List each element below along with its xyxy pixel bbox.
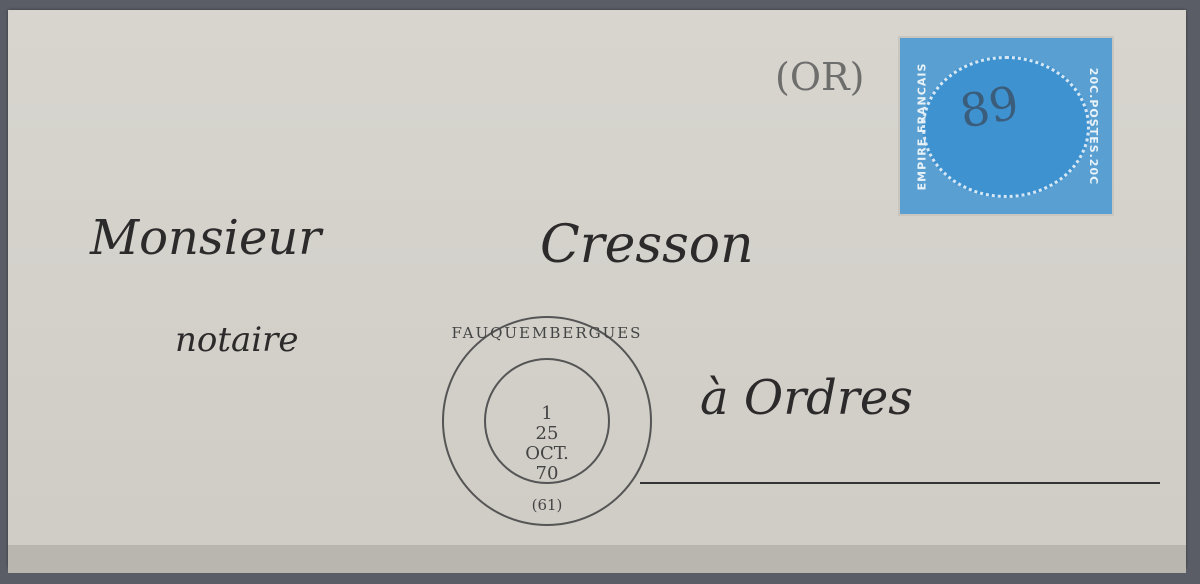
address-salutation: Monsieur <box>90 210 321 266</box>
underline <box>640 482 1160 484</box>
stamp-left-text: EMPIRE FRANCAIS <box>915 63 928 191</box>
stamp-right-text: 20C.POSTES.20C <box>1087 68 1100 185</box>
postmark-year: 70 <box>486 464 608 484</box>
postmark-month: OCT. <box>486 444 608 464</box>
postmark-town: FAUQUEMBERGUES <box>444 324 650 342</box>
stamp-cancel: 89 <box>956 75 1023 138</box>
postmark-day: 25 <box>486 424 608 444</box>
address-name: Cresson <box>540 215 754 275</box>
postmark-inner: 1 25 OCT. 70 <box>484 358 610 484</box>
postmark-date: 1 25 OCT. 70 <box>486 404 608 484</box>
or-marking: (OR) <box>775 55 864 99</box>
postmark-slot: 1 <box>486 404 608 424</box>
address-title: notaire <box>175 320 299 360</box>
address-place: à Ordres <box>700 370 913 426</box>
postmark-dept: (61) <box>444 496 650 514</box>
postmark: FAUQUEMBERGUES 1 25 OCT. 70 (61) <box>442 316 652 526</box>
envelope-fold <box>8 545 1186 573</box>
